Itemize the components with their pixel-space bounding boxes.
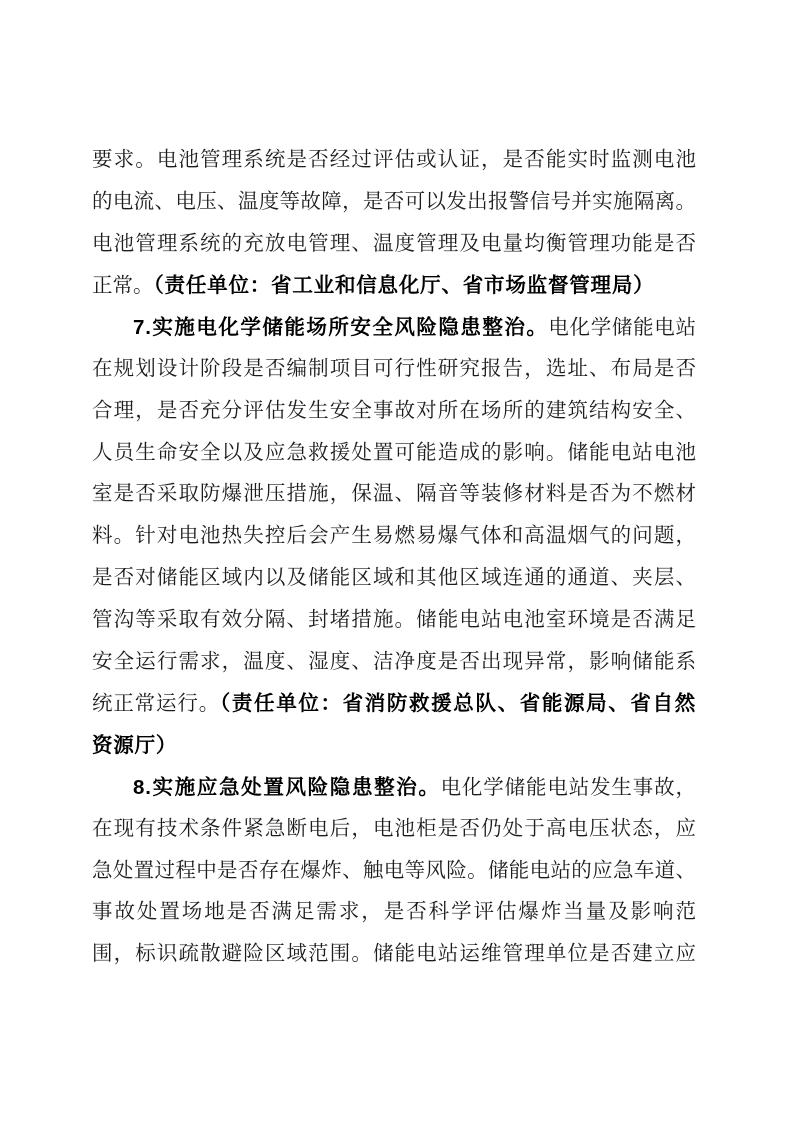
text-line: 资源厅） xyxy=(92,725,696,767)
text-line: 人员生命安全以及应急救援处置可能造成的影响。储能电站电池 xyxy=(92,433,696,475)
text-line: 料。针对电池热失控后会产生易燃易爆气体和高温烟气的问题， xyxy=(92,516,696,558)
text-line: 在现有技术条件紧急断电后，电池柜是否仍处于高电压状态，应 xyxy=(92,809,696,851)
body-text: 电池管理系统的充放电管理、温度管理及电量均衡管理功能是否 xyxy=(92,233,696,255)
text-line: 统正常运行。（责任单位：省消防救援总队、省能源局、省自然 xyxy=(92,683,696,725)
text-line: 电池管理系统的充放电管理、温度管理及电量均衡管理功能是否 xyxy=(92,224,696,266)
text-line: 合理，是否充分评估发生安全事故对所在场所的建筑结构安全、 xyxy=(92,391,696,433)
text-line: 在规划设计阶段是否编制项目可行性研究报告，选址、布局是否 xyxy=(92,349,696,391)
text-line: 安全运行需求，温度、湿度、洁净度是否出现异常，影响储能系 xyxy=(92,642,696,684)
body-text: 在规划设计阶段是否编制项目可行性研究报告，选址、布局是否 xyxy=(92,358,696,380)
body-text: 是否对储能区域内以及储能区域和其他区域连通的通道、夹层、 xyxy=(92,567,696,589)
text-line: 8.实施应急处置风险隐患整治。电化学储能电站发生事故， xyxy=(92,767,696,809)
document-text-block: 要求。电池管理系统是否经过评估或认证，是否能实时监测电池 的电流、电压、温度等故… xyxy=(92,140,696,976)
body-text: 电化学储能电站发生事故， xyxy=(441,777,696,799)
text-line: 管沟等采取有效分隔、封堵措施。储能电站电池室环境是否满足 xyxy=(92,600,696,642)
body-text: 围，标识疏散避险区域范围。储能电站运维管理单位是否建立应 xyxy=(92,943,696,965)
body-text: 急处置过程中是否存在爆炸、触电等风险。储能电站的应急车道、 xyxy=(92,860,696,882)
section-7-heading: 7.实施电化学储能场所安全风险隐患整治。 xyxy=(133,316,548,339)
body-text: 室是否采取防爆泄压措施，保温、隔音等装修材料是否为不燃材 xyxy=(92,483,696,505)
section-8-heading: 8.实施应急处置风险隐患整治。 xyxy=(133,776,441,799)
body-text: 电化学储能电站 xyxy=(548,317,696,339)
document-page: 要求。电池管理系统是否经过评估或认证，是否能实时监测电池 的电流、电压、温度等故… xyxy=(0,0,793,1122)
text-line: 是否对储能区域内以及储能区域和其他区域连通的通道、夹层、 xyxy=(92,558,696,600)
body-text: 人员生命安全以及应急救援处置可能造成的影响。储能电站电池 xyxy=(92,442,696,464)
text-line: 要求。电池管理系统是否经过评估或认证，是否能实时监测电池 xyxy=(92,140,696,182)
body-text: 事故处置场地是否满足需求，是否科学评估爆炸当量及影响范 xyxy=(92,901,696,923)
text-line: 围，标识疏散避险区域范围。储能电站运维管理单位是否建立应 xyxy=(92,934,696,976)
body-text: 料。针对电池热失控后会产生易燃易爆气体和高温烟气的问题， xyxy=(92,525,696,547)
body-text: 安全运行需求，温度、湿度、洁净度是否出现异常，影响储能系 xyxy=(92,651,696,673)
body-text: 正常。 xyxy=(92,275,154,297)
text-line: 急处置过程中是否存在爆炸、触电等风险。储能电站的应急车道、 xyxy=(92,851,696,893)
text-line: 正常。（责任单位：省工业和信息化厅、省市场监督管理局） xyxy=(92,265,696,307)
body-text: 在现有技术条件紧急断电后，电池柜是否仍处于高电压状态，应 xyxy=(92,818,696,840)
body-text: 统正常运行。 xyxy=(92,693,220,715)
text-line: 室是否采取防爆泄压措施，保温、隔音等装修材料是否为不燃材 xyxy=(92,474,696,516)
text-line: 的电流、电压、温度等故障，是否可以发出报警信号并实施隔离。 xyxy=(92,182,696,224)
body-text: 管沟等采取有效分隔、封堵措施。储能电站电池室环境是否满足 xyxy=(92,609,696,631)
body-text: 要求。电池管理系统是否经过评估或认证，是否能实时监测电池 xyxy=(92,149,696,171)
body-text: 的电流、电压、温度等故障，是否可以发出报警信号并实施隔离。 xyxy=(92,191,696,213)
body-text: 合理，是否充分评估发生安全事故对所在场所的建筑结构安全、 xyxy=(92,400,696,422)
text-line: 事故处置场地是否满足需求，是否科学评估爆炸当量及影响范 xyxy=(92,892,696,934)
responsible-unit: 资源厅） xyxy=(92,734,177,757)
responsible-unit: （责任单位：省消防救援总队、省能源局、省自然 xyxy=(220,692,696,715)
responsible-unit: （责任单位：省工业和信息化厅、省市场监督管理局） xyxy=(154,274,655,297)
text-line: 7.实施电化学储能场所安全风险隐患整治。电化学储能电站 xyxy=(92,307,696,349)
